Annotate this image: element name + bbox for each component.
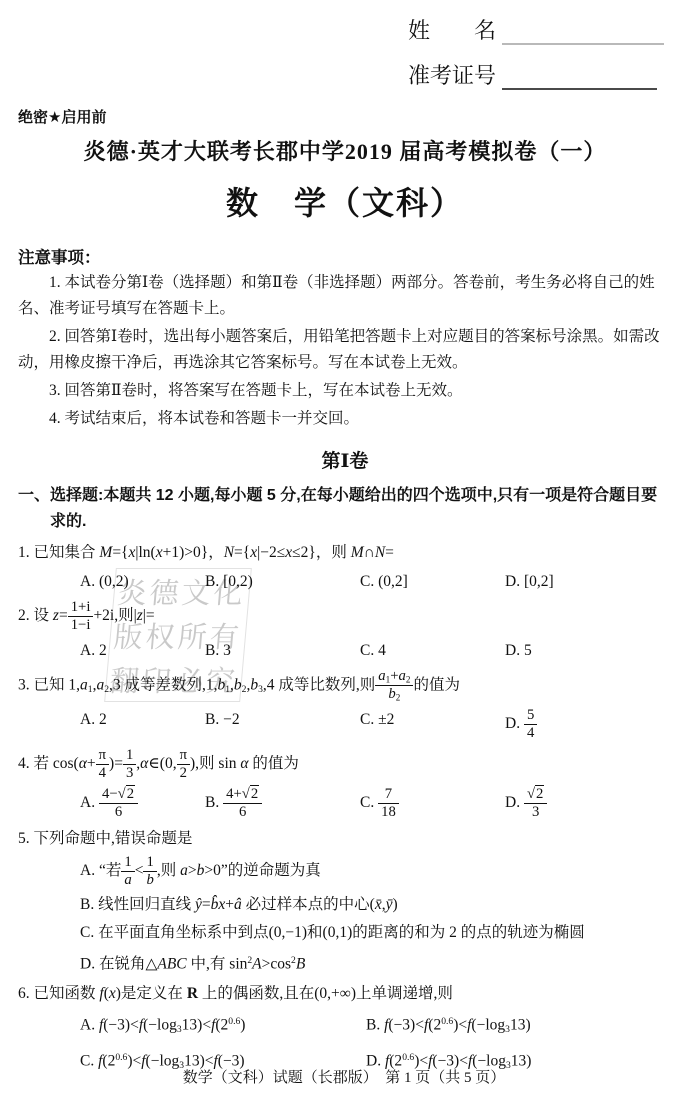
notice-item-4: 4. 考试结束后，将本试卷和答题卡一并交回。 [18, 406, 672, 432]
question-stem: 1. 已知集合 M={x|ln(x+1)>0}，N={x|−2≤x≤2}，则 M… [18, 540, 672, 565]
fraction-numerator: 4+√2 [223, 786, 262, 803]
options-row: A. 2B. −2C. ±2D. 54 [18, 707, 672, 742]
fraction-numerator: √2 [524, 786, 547, 803]
secret-label: 绝密★启用前 [18, 106, 672, 127]
fraction-denominator: a [121, 871, 134, 889]
subscript: 2 [406, 675, 411, 685]
fraction-denominator: 6 [223, 803, 262, 821]
math-variable: ȳ [386, 896, 393, 913]
fraction-denominator: 18 [378, 803, 399, 821]
volume-heading: 第Ⅰ卷 [18, 446, 672, 473]
fraction: 4+√26 [223, 786, 262, 821]
name-row: 姓 名 [408, 14, 664, 45]
fraction: 4−√26 [99, 786, 138, 821]
fraction-denominator: 6 [99, 803, 138, 821]
math-variable: a [378, 668, 385, 684]
fraction-numerator: 4−√2 [99, 786, 138, 803]
option-C: C. 718 [360, 786, 505, 821]
fraction: 1+i1−i [68, 599, 94, 634]
question-stem: 6. 已知函数 f(x)是定义在 R 上的偶函数,且在(0,+∞)上单调递增,则 [18, 981, 672, 1006]
math-variable: N [375, 544, 385, 561]
math-variable: f [211, 1016, 215, 1033]
math-variable: A [252, 955, 261, 972]
exam-title: 炎德·英才大联考长郡中学2019 届高考模拟卷（一） [18, 135, 672, 166]
question-6: 6. 已知函数 f(x)是定义在 R 上的偶函数,且在(0,+∞)上单调递增,则… [18, 981, 672, 1078]
question-stem: 5. 下列命题中,错误命题是 [18, 826, 672, 851]
options-row: A. 2B. 3C. 4D. 5 [18, 638, 672, 663]
fraction-denominator: b2 [375, 685, 413, 703]
math-variable: M [351, 544, 364, 561]
superscript: 0.6 [115, 1052, 127, 1063]
fraction: a1+a2b2 [375, 668, 413, 703]
fraction: 1b [143, 854, 156, 889]
question-2: 2. 设 z=1+i1−i+2i,则|z|=A. 2B. 3C. 4D. 5 [18, 599, 672, 663]
math-variable: x̄ [375, 896, 382, 913]
fraction: √23 [524, 786, 547, 821]
question-5: 5. 下列命题中,错误命题是A. “若1a<1b,则 a>b>0”的逆命题为真B… [18, 826, 672, 976]
subscript: 2 [104, 684, 109, 695]
subscript: 1 [225, 684, 230, 695]
square-root: √2 [118, 785, 135, 802]
math-bold-symbol: R [187, 985, 198, 1002]
option-A: A. 2 [80, 638, 205, 663]
subscript: 2 [396, 693, 401, 703]
math-variable: b [250, 676, 258, 693]
subscript: 3 [258, 684, 263, 695]
math-variable: x [109, 985, 116, 1002]
option-D: D. 在锐角△ABC 中,有 sin2A>cos2B [18, 948, 672, 976]
ticket-label: 准考证号 [408, 59, 496, 90]
subscript: 1 [386, 675, 391, 685]
math-variable: a [124, 872, 131, 888]
math-variable: z [137, 607, 143, 624]
math-variable: a [399, 668, 406, 684]
page-footer: 数学（文科）试题（长郡版） 第 1 页（共 5 页） [0, 1066, 688, 1087]
question-3: 3. 已知 1,a1,a2,3 成等差数列,1,b1,b2,b3,4 成等比数列… [18, 668, 672, 742]
fraction-denominator: 3 [524, 803, 547, 821]
option-A: A. f(−3)<f(−log313)<f(20.6) [80, 1009, 366, 1042]
choice-section-heading: 一、选择题:本题共 12 小题,每小题 5 分,在每小题给出的四个选项中,只有一… [18, 483, 672, 535]
fraction: π4 [96, 747, 109, 782]
option-A: A. “若1a<1b,则 a>b>0”的逆命题为真 [18, 854, 672, 889]
option-A: A. 2 [80, 707, 205, 742]
math-variable: α [240, 755, 248, 772]
option-D: D. 54 [505, 707, 537, 742]
radical-sign: √ [118, 786, 126, 802]
radicand: 2 [535, 785, 544, 802]
option-D: D. √23 [505, 786, 547, 821]
fraction-numerator: a1+a2 [375, 668, 413, 685]
radical-sign: √ [242, 786, 250, 802]
fraction: 13 [123, 747, 136, 782]
math-variable: f [467, 1016, 471, 1033]
option-C: C. ±2 [360, 707, 505, 742]
math-variable: ABC [157, 955, 186, 972]
math-variable: x [129, 544, 136, 561]
square-root: √2 [242, 785, 259, 802]
math-variable: x [156, 544, 163, 561]
question-stem: 2. 设 z=1+i1−i+2i,则|z|= [18, 599, 672, 634]
options-stack: A. “若1a<1b,则 a>b>0”的逆命题为真B. 线性回归直线 ŷ=b̂x… [18, 854, 672, 976]
candidate-id-block: 姓 名 准考证号 [408, 14, 672, 104]
subscript: 3 [505, 1024, 510, 1035]
notice-item-1: 1. 本试卷分第Ⅰ卷（选择题）和第Ⅱ卷（非选择题）两部分。答卷前，考生务必将自己… [18, 270, 672, 322]
fraction-numerator: 1+i [68, 599, 94, 616]
fraction-numerator: π [96, 747, 109, 764]
notice-heading: 注意事项： [18, 244, 672, 268]
option-B: B. −2 [205, 707, 360, 742]
fraction-numerator: 1 [143, 854, 156, 871]
subject-title: 数 学（文科） [18, 178, 672, 224]
fraction-numerator: 7 [378, 786, 399, 803]
option-B: B. [0,2) [205, 569, 360, 594]
math-variable: b [146, 872, 153, 888]
math-variable: f [99, 985, 103, 1002]
math-variable: f [99, 1016, 103, 1033]
option-D: D. [0,2] [505, 569, 554, 594]
option-A: A. (0,2) [80, 569, 205, 594]
option-B: B. f(−3)<f(20.6)<f(−log313) [366, 1009, 531, 1042]
math-variable: b [234, 676, 242, 693]
math-variable: b [388, 686, 395, 702]
subscript: 3 [177, 1024, 182, 1035]
options-row: A. f(−3)<f(−log313)<f(20.6)B. f(−3)<f(20… [18, 1009, 672, 1042]
options-row: A. 4−√26B. 4+√26C. 718D. √23 [18, 786, 672, 821]
question-4: 4. 若 cos(α+π4)=13,α∈(0,π2),则 sin α 的值为A.… [18, 747, 672, 821]
math-variable: α [79, 755, 87, 772]
math-variable: ŷ [195, 896, 202, 913]
question-stem: 3. 已知 1,a1,a2,3 成等差数列,1,b1,b2,b3,4 成等比数列… [18, 668, 672, 703]
square-root: √2 [527, 785, 544, 802]
fraction-numerator: 5 [524, 707, 537, 724]
math-variable: M [99, 544, 112, 561]
ticket-row: 准考证号 [408, 59, 657, 90]
ticket-blank-line[interactable] [502, 87, 657, 90]
fraction: 1a [121, 854, 134, 889]
questions-list: 1. 已知集合 M={x|ln(x+1)>0}，N={x|−2≤x≤2}，则 M… [18, 540, 672, 1078]
math-variable: f [424, 1016, 428, 1033]
question-stem: 4. 若 cos(α+π4)=13,α∈(0,π2),则 sin α 的值为 [18, 747, 672, 782]
radicand: 2 [126, 785, 135, 802]
fraction-denominator: 4 [96, 764, 109, 782]
option-D: D. 5 [505, 638, 532, 663]
math-variable: B [296, 955, 305, 972]
fraction-denominator: b [143, 871, 156, 889]
fraction: 718 [378, 786, 399, 821]
fraction-denominator: 2 [177, 764, 190, 782]
math-variable: α [140, 755, 148, 772]
math-variable: x [285, 544, 292, 561]
fraction-numerator: 1 [123, 747, 136, 764]
option-C: C. 4 [360, 638, 505, 663]
superscript: 0.6 [402, 1052, 414, 1063]
option-C: C. (0,2] [360, 569, 505, 594]
options-row: A. (0,2)B. [0,2)C. (0,2]D. [0,2] [18, 569, 672, 594]
option-B: B. 3 [205, 638, 360, 663]
superscript: 0.6 [228, 1016, 240, 1027]
superscript: 0.6 [441, 1016, 453, 1027]
radical-sign: √ [527, 786, 535, 802]
question-1: 1. 已知集合 M={x|ln(x+1)>0}，N={x|−2≤x≤2}，则 M… [18, 540, 672, 594]
fraction-denominator: 1−i [68, 616, 94, 634]
fraction-denominator: 4 [524, 724, 537, 742]
math-variable: a [80, 676, 88, 693]
math-variable: x [250, 544, 257, 561]
name-label: 姓 名 [408, 14, 496, 45]
name-blank-line[interactable] [502, 42, 664, 45]
radicand: 2 [250, 785, 259, 802]
option-B: B. 4+√26 [205, 786, 360, 821]
math-variable: a [180, 862, 188, 879]
subscript: 1 [88, 684, 93, 695]
math-variable: f [384, 1016, 388, 1033]
math-variable: f [139, 1016, 143, 1033]
option-C: C. 在平面直角坐标系中到点(0,−1)和(0,1)的距离的和为 2 的点的轨迹… [18, 920, 672, 945]
notice-item-3: 3. 回答第Ⅱ卷时，将答案写在答题卡上，写在本试卷上无效。 [18, 378, 672, 404]
math-variable: b [197, 862, 205, 879]
fraction-denominator: 3 [123, 764, 136, 782]
math-variable: z [53, 607, 59, 624]
fraction: π2 [177, 747, 190, 782]
fraction-numerator: 1 [121, 854, 134, 871]
exam-page: 姓 名 准考证号 绝密★启用前 炎德·英才大联考长郡中学2019 届高考模拟卷（… [0, 0, 688, 1078]
math-variable: N [224, 544, 234, 561]
fraction-numerator: π [177, 747, 190, 764]
notice-item-2: 2. 回答第Ⅰ卷时，选出每小题答案后，用铅笔把答题卡上对应题目的答案标号涂黑。如… [18, 324, 672, 376]
option-A: A. 4−√26 [80, 786, 205, 821]
fraction: 54 [524, 707, 537, 742]
math-variable: â [234, 896, 242, 913]
math-variable: x [218, 896, 225, 913]
option-B: B. 线性回归直线 ŷ=b̂x+â 必过样本点的中心(x̄,ȳ) [18, 892, 672, 917]
subscript: 2 [242, 684, 247, 695]
